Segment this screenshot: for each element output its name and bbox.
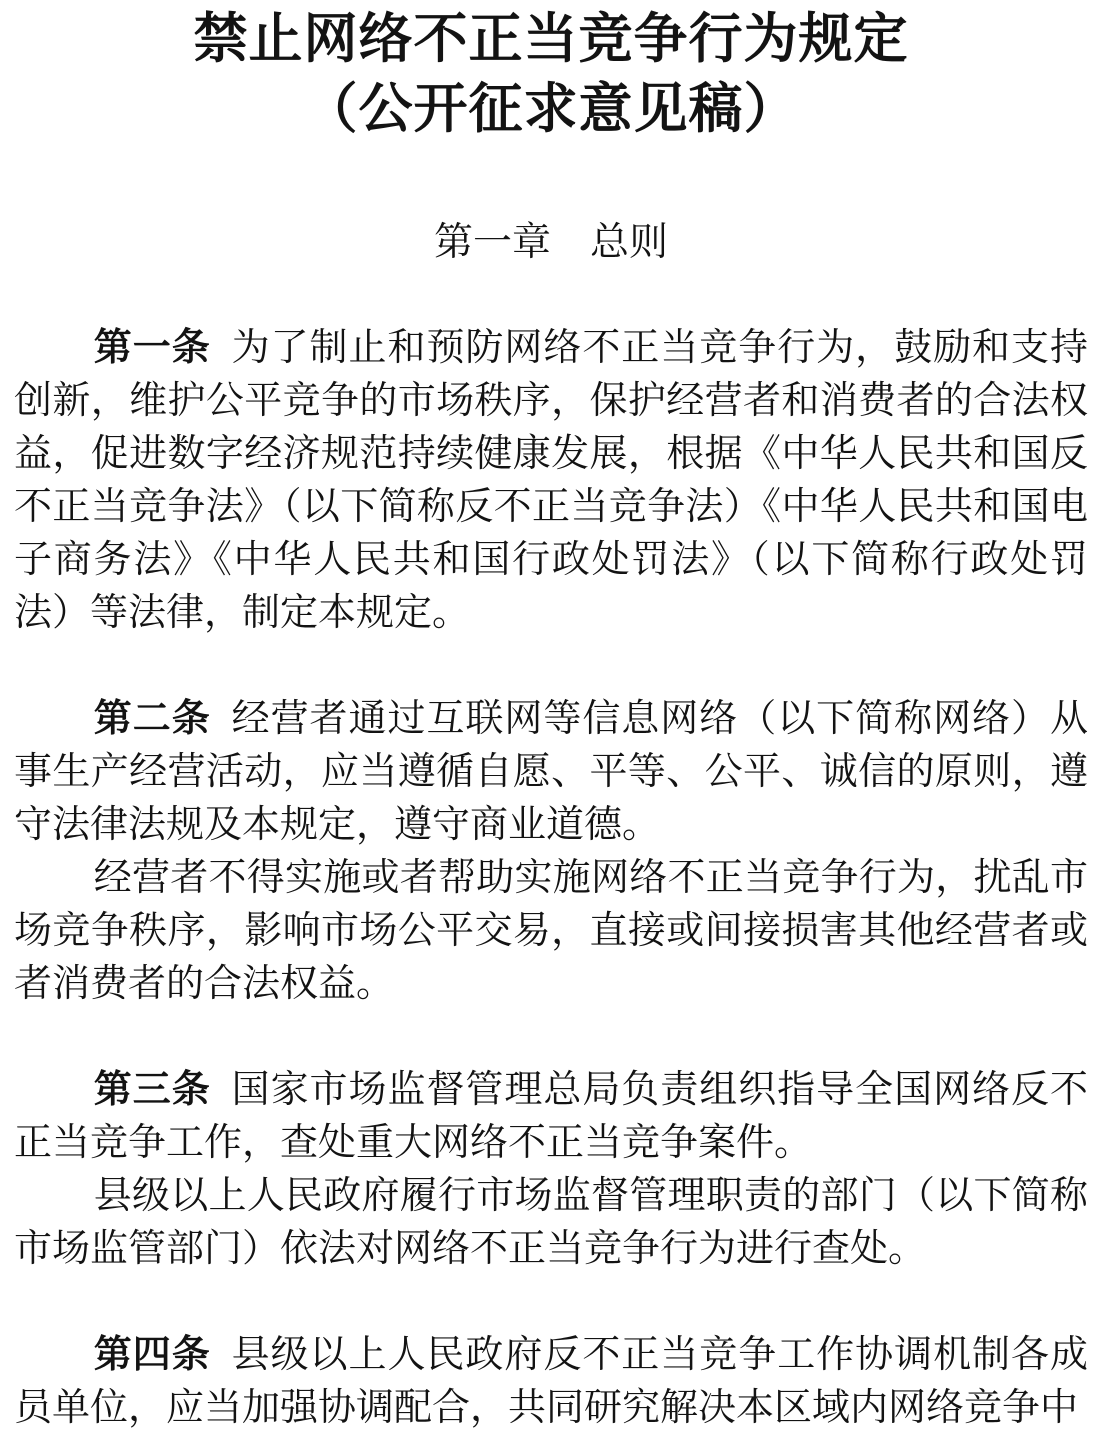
paragraph-text: 县级以上人民政府履行市场监督管理职责的部门（以下简称市场监管部门）依法对网络不正… — [14, 1175, 1088, 1270]
paragraph: 经营者不得实施或者帮助实施网络不正当竞争行为，扰乱市场竞争秩序，影响市场公平交易… — [14, 852, 1088, 1011]
article-number: 第四条 — [94, 1334, 211, 1376]
paragraph: 第二条经营者通过互联网等信息网络（以下简称网络）从事生产经营活动，应当遵循自愿、… — [14, 693, 1088, 852]
article-number: 第二条 — [94, 698, 211, 740]
paragraph: 第一条为了制止和预防网络不正当竞争行为，鼓励和支持创新，维护公平竞争的市场秩序，… — [14, 322, 1088, 640]
article-number: 第三条 — [94, 1069, 211, 1111]
document-page: 禁止网络不正当竞争行为规定 （公开征求意见稿） 第一章 总则 第一条为了制止和预… — [0, 0, 1104, 1454]
document-title: 禁止网络不正当竞争行为规定 — [14, 4, 1088, 74]
document-content: 禁止网络不正当竞争行为规定 （公开征求意见稿） 第一章 总则 第一条为了制止和预… — [0, 0, 1104, 1435]
document-body: 第一条为了制止和预防网络不正当竞争行为，鼓励和支持创新，维护公平竞争的市场秩序，… — [14, 322, 1088, 1435]
paragraph: 第四条县级以上人民政府反不正当竞争工作协调机制各成员单位，应当加强协调配合，共同… — [14, 1329, 1088, 1435]
article-number: 第一条 — [94, 327, 211, 369]
paragraph-text: 为了制止和预防网络不正当竞争行为，鼓励和支持创新，维护公平竞争的市场秩序，保护经… — [14, 327, 1088, 634]
paragraph: 第三条国家市场监督管理总局负责组织指导全国网络反不正当竞争工作，查处重大网络不正… — [14, 1064, 1088, 1170]
chapter-heading: 第一章 总则 — [14, 216, 1088, 269]
paragraph-text: 经营者不得实施或者帮助实施网络不正当竞争行为，扰乱市场竞争秩序，影响市场公平交易… — [14, 857, 1088, 1005]
paragraph: 县级以上人民政府履行市场监督管理职责的部门（以下简称市场监管部门）依法对网络不正… — [14, 1170, 1088, 1276]
document-subtitle: （公开征求意见稿） — [14, 74, 1088, 144]
